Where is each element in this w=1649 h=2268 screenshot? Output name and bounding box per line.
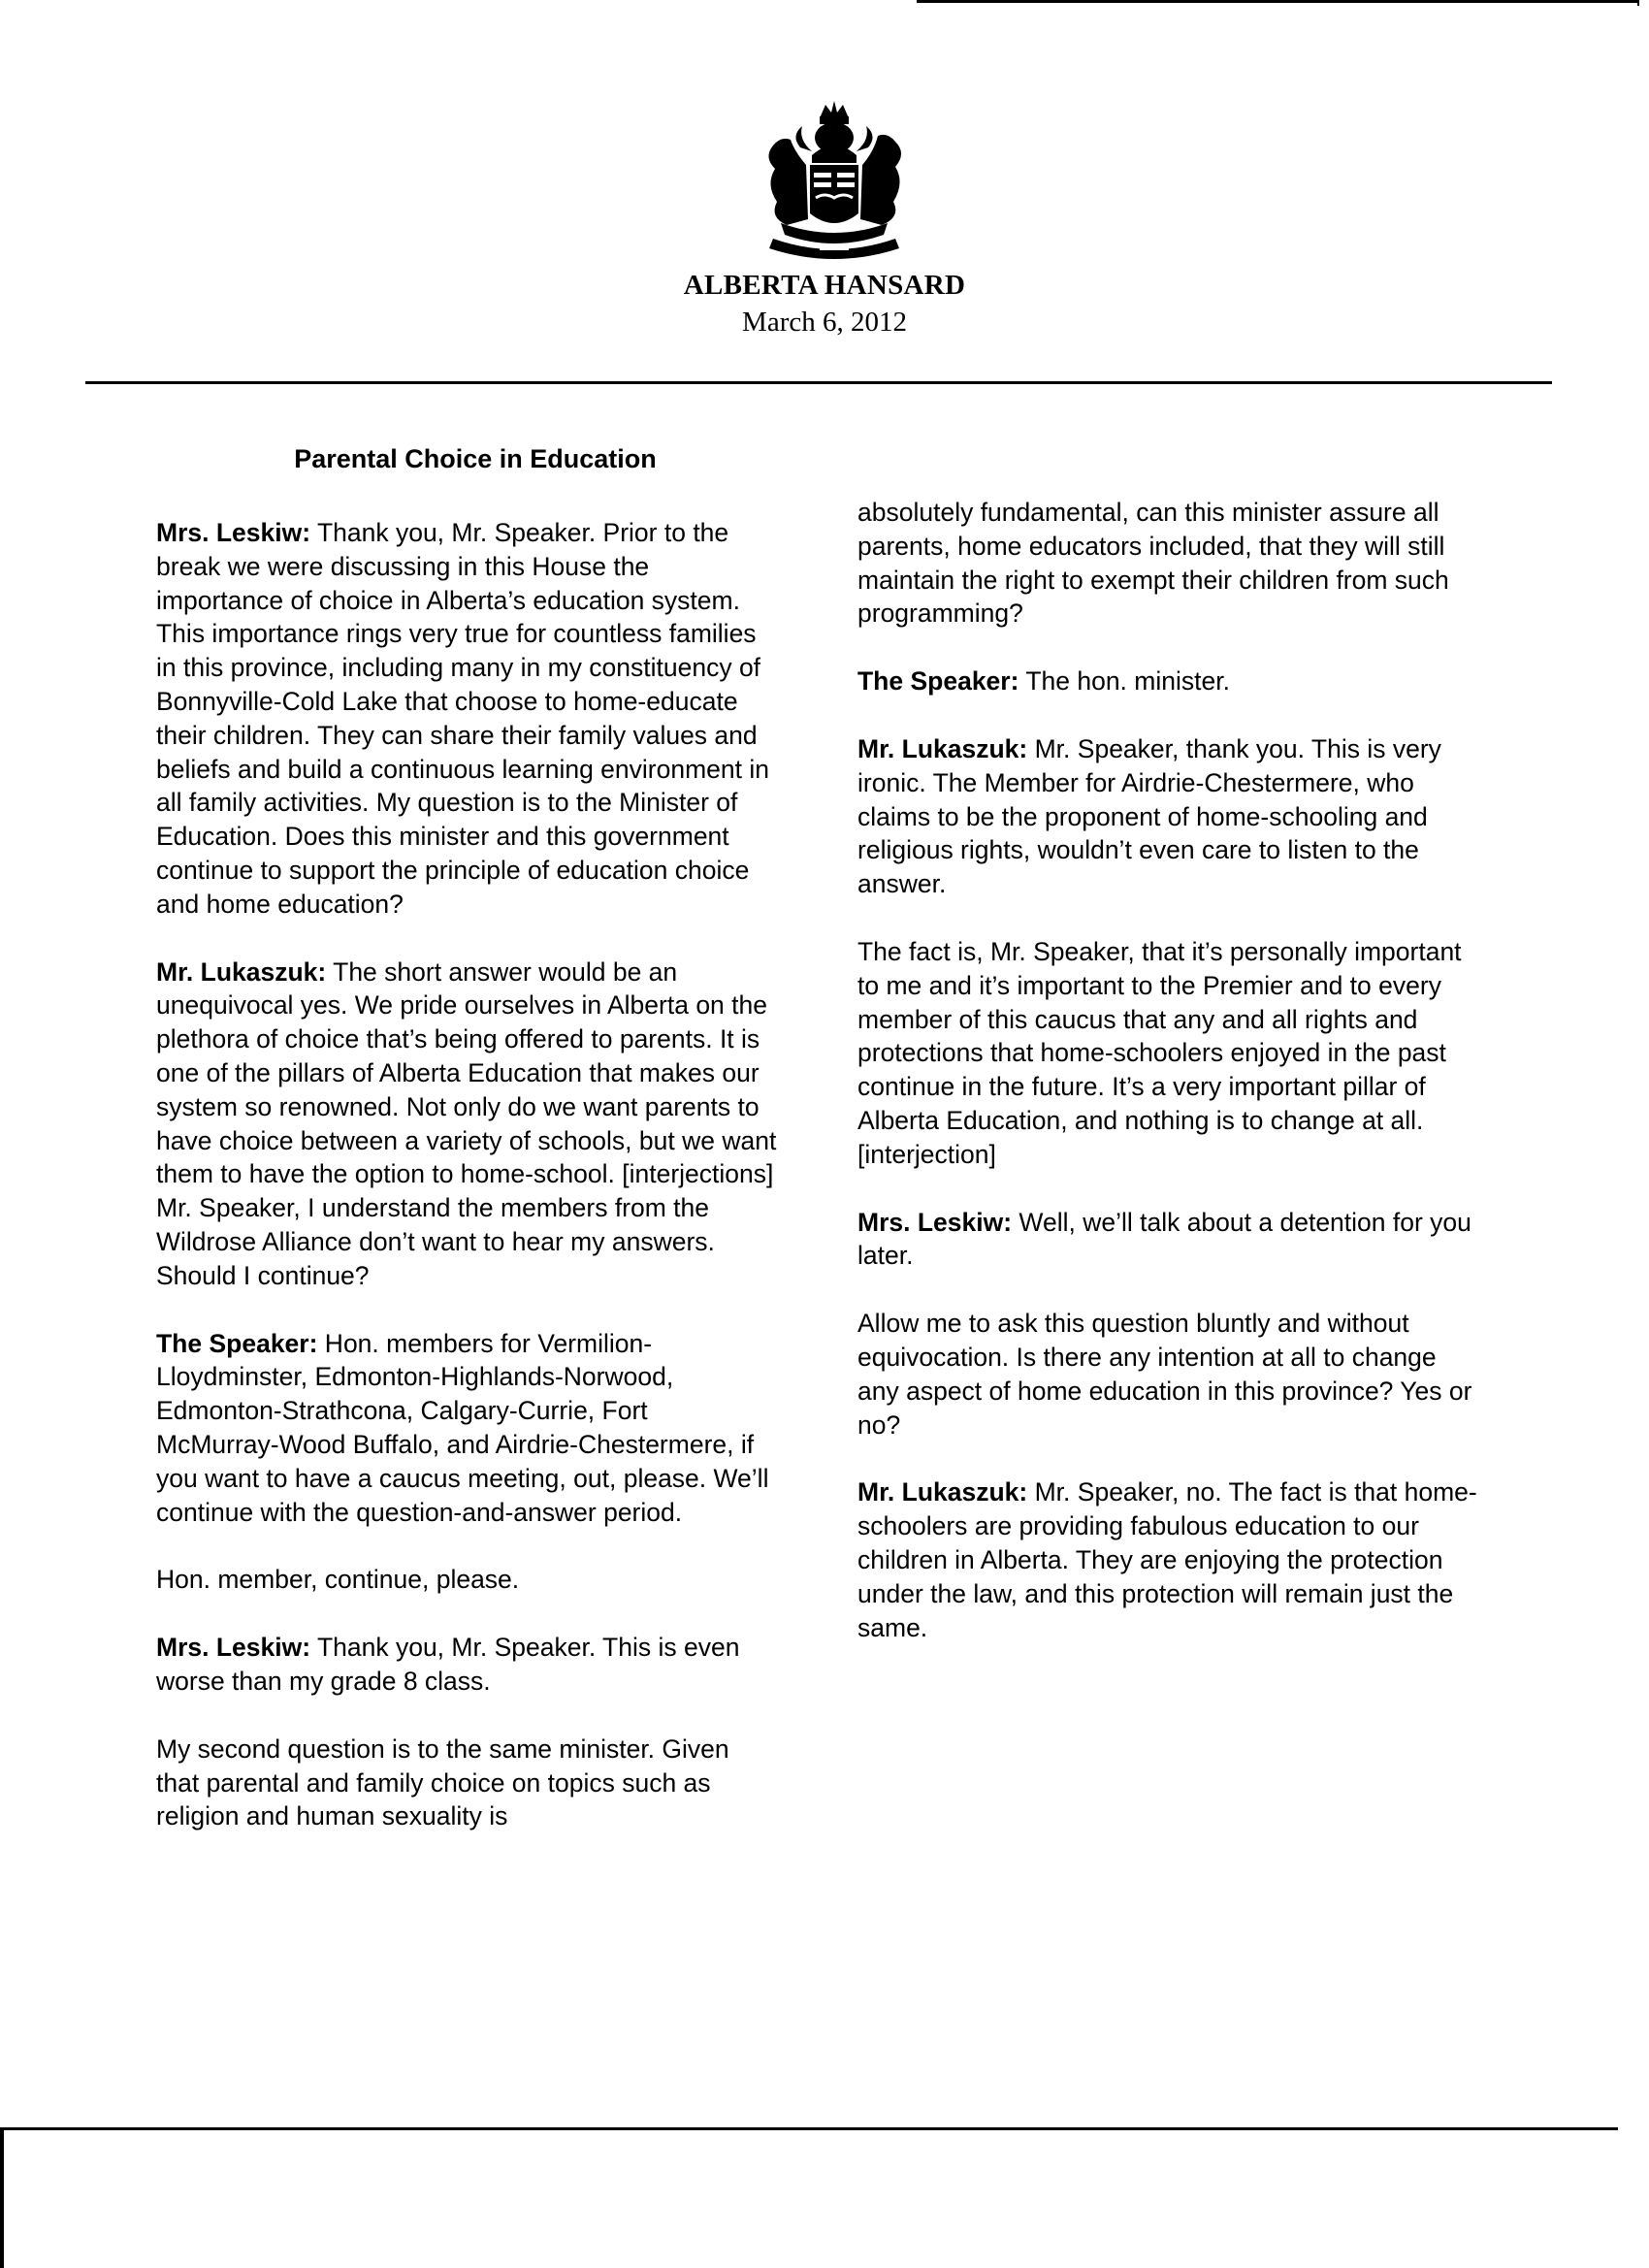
publication-title: ALBERTA HANSARD [0, 270, 1649, 302]
left-column: Mrs. Leskiw: Thank you, Mr. Speaker. Pri… [156, 516, 777, 1867]
transcript-paragraph: Hon. member, continue, please. [156, 1563, 777, 1597]
scan-artifact-bottom-line [0, 2127, 1618, 2130]
speech-text: The fact is, Mr. Speaker, that it’s pers… [857, 937, 1462, 1169]
speaker-name: Mrs. Leskiw: [156, 518, 310, 547]
transcript-paragraph: The fact is, Mr. Speaker, that it’s pers… [857, 935, 1478, 1172]
speech-text: Thank you, Mr. Speaker. Prior to the bre… [156, 518, 769, 919]
speaker-name: Mr. Lukaszuk: [857, 1477, 1027, 1507]
transcript-paragraph: Mrs. Leskiw: Well, we’ll talk about a de… [857, 1206, 1478, 1274]
speech-text: The short answer would be an unequivocal… [156, 957, 776, 1290]
transcript-paragraph: The Speaker: The hon. minister. [857, 664, 1478, 698]
scan-artifact-top-line [917, 0, 1639, 3]
publication-date: March 6, 2012 [0, 307, 1649, 339]
header-divider [85, 381, 1552, 384]
speaker-name: Mr. Lukaszuk: [156, 957, 326, 987]
section-title: Parental Choice in Education [145, 444, 805, 474]
transcript-paragraph: My second question is to the same minist… [156, 1733, 777, 1833]
transcript-paragraph: Mrs. Leskiw: Thank you, Mr. Speaker. Thi… [156, 1631, 777, 1699]
transcript-paragraph: absolutely fundamental, can this ministe… [857, 496, 1478, 631]
speaker-name: Mr. Lukaszuk: [857, 734, 1027, 763]
speaker-name: The Speaker: [857, 666, 1018, 696]
speech-text: The hon. minister. [1018, 666, 1230, 696]
transcript-paragraph: Mr. Lukaszuk: Mr. Speaker, no. The fact … [857, 1475, 1478, 1644]
speech-text: My second question is to the same minist… [156, 1734, 729, 1831]
transcript-paragraph: Mrs. Leskiw: Thank you, Mr. Speaker. Pri… [156, 516, 777, 922]
speaker-name: Mrs. Leskiw: [857, 1208, 1012, 1237]
speaker-name: The Speaker: [156, 1329, 317, 1358]
transcript-paragraph: Mr. Lukaszuk: Mr. Speaker, thank you. Th… [857, 732, 1478, 901]
right-column: absolutely fundamental, can this ministe… [857, 496, 1478, 1678]
transcript-paragraph: Mr. Lukaszuk: The short answer would be … [156, 956, 777, 1293]
speaker-name: Mrs. Leskiw: [156, 1633, 310, 1662]
alberta-coat-of-arms-icon [752, 97, 917, 262]
speech-text: Hon. member, continue, please. [156, 1565, 519, 1594]
scan-artifact-left-edge [0, 2127, 4, 2268]
speech-text: Hon. members for Vermilion-Lloydminster,… [156, 1329, 768, 1527]
speech-text: Allow me to ask this question bluntly an… [857, 1309, 1471, 1439]
transcript-paragraph: The Speaker: Hon. members for Vermilion-… [156, 1327, 777, 1530]
transcript-paragraph: Allow me to ask this question bluntly an… [857, 1307, 1478, 1442]
speech-text: absolutely fundamental, can this ministe… [857, 498, 1449, 628]
scan-artifact-top-tick [1637, 0, 1639, 6]
